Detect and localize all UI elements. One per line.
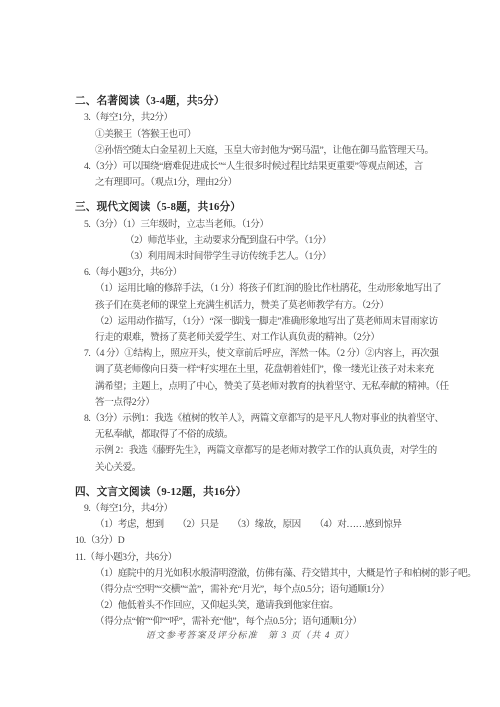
doc-line: （1）庭院中的月光如积水般清明澄澈，仿佛有藻、荇交错其中，大概是竹子和柏树的影子…	[95, 566, 475, 582]
doc-line: 调了莫老师像向日葵一样“籽实埋在土里，花盘朝着娃们”，像一缕光让孩子对未来充	[95, 362, 475, 378]
doc-line: （2）他低着头不作回应，又仰起头笑，邀请我到他家住宿。	[95, 598, 475, 614]
doc-line: 7.（4 分）①结构上，照应开头，使文章前后呼应，浑然一体。（2 分）②内容上，…	[84, 346, 475, 362]
doc-line: （2）运用动作描写，（1分）“深一脚浅一脚走”准确形象地写出了莫老师周末冒雨家访	[95, 314, 475, 330]
section-heading: 二、名著阅读（3-4题，共5分）	[75, 94, 475, 110]
doc-line: （1）运用比喻的修辞手法，（1 分）将孩子们红润的脸比作杜鹃花，生动形象地写出了	[95, 281, 475, 297]
section-famous-works-reading: 二、名著阅读（3-4题，共5分） 3.（每空1分，共2分） ①美猴王（答猴王也可…	[75, 94, 475, 191]
page-footer: 语文参考答案及评分标准 第 3 页（共 4 页）	[0, 628, 500, 641]
doc-line: 无私奉献，都取得了不俗的成绩。	[95, 427, 475, 443]
doc-line: （1）考虑，想到 （2）只是 （3）缘故，原因 （4）对……感到惊异	[95, 517, 475, 533]
section-modern-text-reading: 三、现代文阅读（5-8题，共16分） 5.（3分）（1）三年级时，立志当老师。（…	[75, 200, 475, 475]
doc-line: 之有理即可。（观点1分，理由2分）	[95, 175, 475, 191]
section-classical-chinese-reading: 四、文言文阅读（9-12题，共16分） 9.（每空1分，共4分） （1）考虑，想…	[75, 485, 475, 631]
scanned-answer-key-page: 二、名著阅读（3-4题，共5分） 3.（每空1分，共2分） ①美猴王（答猴王也可…	[0, 0, 500, 707]
doc-line: 8.（3分）示例1：我选《植树的牧羊人》，两篇文章都写的是平凡人物对事业的执着坚…	[84, 411, 475, 427]
doc-line: （得分点“空明”“交横”“盖”，需补充“月光”，每个点0.5分；语句通顺1分）	[95, 582, 475, 598]
doc-line: ②孙悟空随太白金星初上天庭，玉皇大帝封他为“弼马温”，让他在御马监管理天马。	[95, 143, 475, 159]
doc-line: 满希望；主题上，点明了中心，赞美了莫老师对教育的执着坚守、无私奉献的精神。（任	[95, 379, 475, 395]
section-heading: 四、文言文阅读（9-12题，共16分）	[75, 485, 475, 501]
doc-line: 9.（每空1分，共4分）	[84, 501, 475, 517]
doc-line: 示例 2：我选《藤野先生》，两篇文章都写的是老师对教学工作的认真负责，对学生的	[95, 443, 475, 459]
doc-line: 答一点得2分）	[95, 395, 475, 411]
doc-line: ①美猴王（答猴王也可）	[95, 127, 475, 143]
doc-line: （3）利用周末时间带学生寻访传统手艺人。（1分）	[125, 249, 475, 265]
section-heading: 三、现代文阅读（5-8题，共16分）	[75, 200, 475, 216]
doc-line: 11.（每小题3分，共6分）	[75, 550, 475, 566]
doc-line: 10.（3分）D	[75, 533, 475, 549]
doc-line: 3.（每空1分，共2分）	[84, 110, 475, 126]
doc-line: 4.（3分）可以围绕“磨难促进成长”“人生很多时候过程比结果更重要”等观点阐述，…	[84, 159, 475, 175]
doc-line: （2）师范毕业，主动要求分配到盘石中学。（1分）	[125, 233, 475, 249]
doc-line: 6.（每小题3分，共6分）	[84, 265, 475, 281]
doc-line: 行走的艰难，赞扬了莫老师关爱学生、对工作认真负责的精神。（2分）	[95, 330, 475, 346]
document-body: 二、名著阅读（3-4题，共5分） 3.（每空1分，共2分） ①美猴王（答猴王也可…	[75, 94, 475, 631]
doc-line: 关心关爱。	[95, 460, 475, 476]
doc-line: 5.（3分）（1）三年级时，立志当老师。（1分）	[84, 217, 475, 233]
doc-line: 孩子们在莫老师的课堂上充满生机活力，赞美了莫老师教学有方。（2分）	[95, 298, 475, 314]
